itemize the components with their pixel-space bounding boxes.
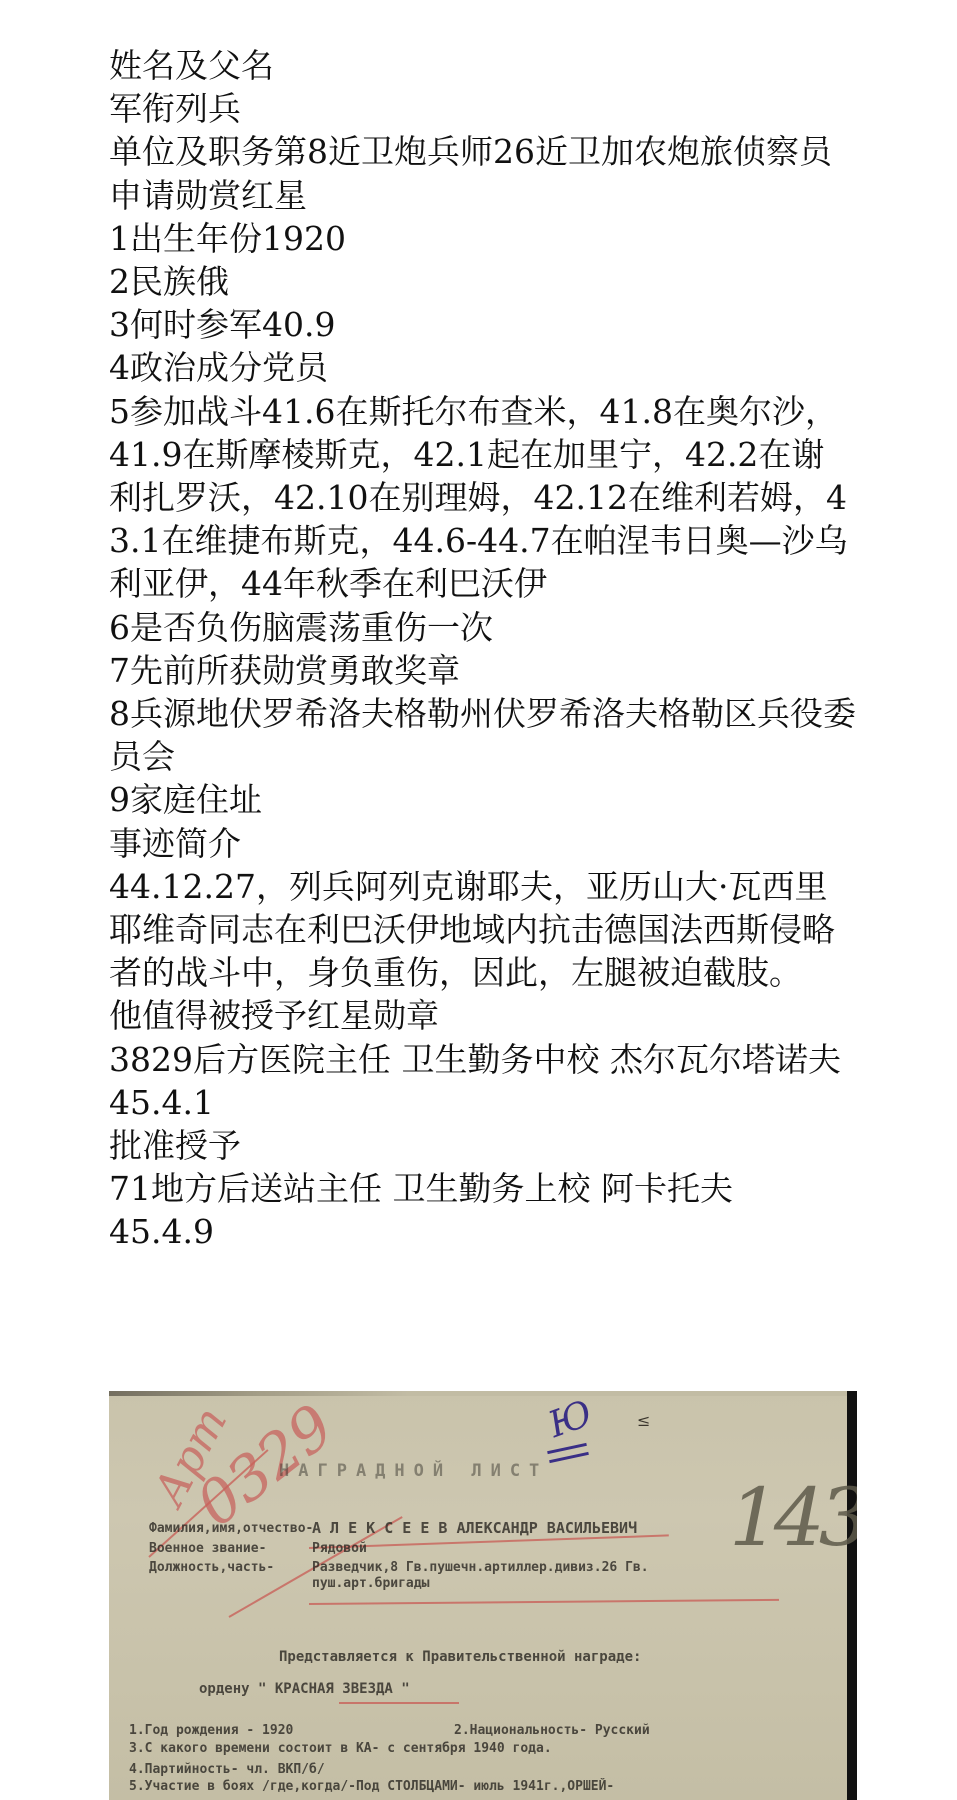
order-name: ордену " КРАСНАЯ ЗВЕЗДА " [199, 1681, 410, 1697]
blue-double-underline-2 [549, 1452, 589, 1463]
red-underline-order [339, 1702, 459, 1704]
line-wounds: 6是否负伤脑震荡重伤一次 [109, 606, 857, 649]
handwritten-blue-mark: Ю [543, 1393, 597, 1446]
handwritten-gray-number: 143 [729, 1471, 857, 1564]
article-text: 姓名及父名 军衔列兵 单位及职务第8近卫炮兵师26近卫加农炮旅侦察员 申请勋赏红… [109, 44, 857, 1254]
item-in-army-since: 3.С какого времени состоит в КА- с сентя… [129, 1741, 552, 1756]
line-nationality: 2民族俄 [109, 260, 857, 303]
line-signer-1: 3829后方医院主任 卫生勤务中校 杰尔瓦尔塔诺夫 [109, 1038, 857, 1081]
presented-for-award: Представляется к Правительственной награ… [279, 1649, 641, 1665]
field-value-name: А Л Е К С Е Е В АЛЕКСАНДР ВАСИЛЬЕВИЧ [312, 1519, 637, 1537]
line-deserves: 他值得被授予红星勋章 [109, 994, 857, 1037]
line-date-1: 45.4.1 [109, 1081, 857, 1124]
line-summary: 44.12.27，列兵阿列克谢耶夫，亚历山大·瓦西里耶维奇同志在利巴沃伊地域内抗… [109, 865, 857, 995]
scanned-award-sheet-image: Арт 0329 Ю ≤ 143 НАГРАДНОЙ ЛИСТ Фамилия,… [109, 1391, 857, 1800]
line-previous-awards: 7先前所获勋赏勇敢奖章 [109, 649, 857, 692]
line-award-requested: 申请勋赏红星 [109, 174, 857, 217]
red-underline-position [309, 1599, 779, 1605]
item-nationality: 2.Национальность- Русский [454, 1723, 650, 1738]
line-name-patronymic: 姓名及父名 [109, 44, 857, 87]
field-value-position-cont: пуш.арт.бригады [312, 1576, 429, 1591]
item-birth-year: 1.Год рождения - 1920 [129, 1723, 293, 1738]
field-label-rank: Военное звание- [149, 1541, 266, 1556]
line-birth-year: 1出生年份1920 [109, 217, 857, 260]
line-rank: 军衔列兵 [109, 87, 857, 130]
sheet-title: НАГРАДНОЙ ЛИСТ [279, 1461, 548, 1481]
item-battles: 5.Участие в боях /где,когда/-Под СТОЛБЦА… [129, 1779, 614, 1794]
scan-edge-right [847, 1391, 857, 1800]
line-enlisted: 3何时参军40.9 [109, 303, 857, 346]
line-conscription: 8兵源地伏罗希洛夫格勒州伏罗希洛夫格勒区兵役委员会 [109, 692, 857, 778]
handwritten-small-mark: ≤ [637, 1411, 650, 1430]
line-battles: 5参加战斗41.6在斯托尔布查米，41.8在奥尔沙，41.9在斯摩棱斯克，42.… [109, 390, 857, 606]
line-address: 9家庭住址 [109, 778, 857, 821]
field-label-name: Фамилия,имя,отчество- [149, 1521, 313, 1536]
line-signer-2: 71地方后送站主任 卫生勤务上校 阿卡托夫 [109, 1167, 857, 1210]
line-date-2: 45.4.9 [109, 1210, 857, 1253]
line-unit-position: 单位及职务第8近卫炮兵师26近卫加农炮旅侦察员 [109, 130, 857, 173]
item-party: 4.Партийность- чл. ВКП/б/ [129, 1762, 325, 1777]
line-party: 4政治成分党员 [109, 346, 857, 389]
line-summary-heading: 事迹简介 [109, 822, 857, 865]
scan-edge-top [109, 1391, 857, 1396]
field-value-position: Разведчик,8 Гв.пушечн.артиллер.дивиз.26 … [312, 1560, 649, 1575]
line-approved: 批准授予 [109, 1124, 857, 1167]
field-value-rank: Рядовой [312, 1541, 367, 1556]
field-label-position: Должность,часть- [149, 1560, 274, 1575]
